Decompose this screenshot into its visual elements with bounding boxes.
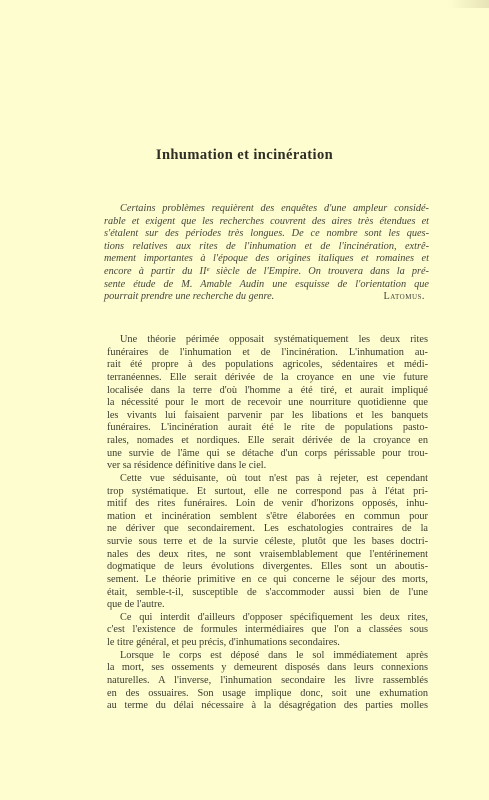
body-line: localisée dans la terre d'où l'homme a é… xyxy=(107,385,428,398)
body-line: dogmatique de leurs évolutions divergent… xyxy=(107,561,428,574)
intro-line: Certains problèmes requièrent des enquêt… xyxy=(104,203,429,216)
intro-line: sente étude de M. Amable Audin une esqui… xyxy=(104,279,429,292)
body-line: naturelles. A l'inverse, l'inhumation se… xyxy=(107,675,428,688)
intro-line: rable et exigent que les recherches couv… xyxy=(104,216,429,229)
body-line: rait été propre à des populations agrico… xyxy=(107,359,428,372)
body-line: Une théorie périmée opposait systématiqu… xyxy=(107,334,428,347)
body-line: la mort, ses ossements y demeurent dispo… xyxy=(107,662,428,675)
body-line: Ce qui interdit d'ailleurs d'opposer spé… xyxy=(107,612,428,625)
intro-line: mement importantes à l'époque des origin… xyxy=(104,253,429,266)
paragraph: Lorsque le corps est déposé dans le sol … xyxy=(107,650,428,713)
article-body: Une théorie périmée opposait systématiqu… xyxy=(107,334,428,713)
body-line: terranéennes. Elle serait dérivée de la … xyxy=(107,372,428,385)
body-line: trop systématique. Et surtout, elle ne c… xyxy=(107,486,428,499)
intro-line: encore à partir du IIᵉ siècle de l'Empir… xyxy=(104,266,429,279)
body-line: sement. Le théorie primitive en ce qui c… xyxy=(107,574,428,587)
body-line: c'est l'existence de formules intermédia… xyxy=(107,624,428,637)
body-line: mitif des rites funéraires. Loin de veni… xyxy=(107,498,428,511)
intro-line: tions relatives aux rites de l'inhumatio… xyxy=(104,241,429,254)
body-line: une survie de l'âme qui se détache d'un … xyxy=(107,448,428,461)
paragraph: Une théorie périmée opposait systématiqu… xyxy=(107,334,428,473)
intro-signature: Latomus. xyxy=(383,291,429,304)
article-title: Inhumation et incinération xyxy=(0,147,489,164)
page-edge-shadow xyxy=(449,0,489,8)
body-line: était, semble-t-il, susceptible de s'acc… xyxy=(107,587,428,600)
body-line: funéraires de l'inhumation et de l'incin… xyxy=(107,347,428,360)
intro-line: s'étalent sur des périodes très longues.… xyxy=(104,228,429,241)
editorial-introduction: Certains problèmes requièrent des enquêt… xyxy=(104,203,429,304)
intro-line: pourrait prendre une recherche du genre. xyxy=(104,291,274,304)
intro-last-line: pourrait prendre une recherche du genre.… xyxy=(104,291,429,304)
body-line: rales, nomades et nordiques. Elle serait… xyxy=(107,435,428,448)
body-line: la nécessité pour le mort de recevoir un… xyxy=(107,397,428,410)
body-line: ver sa résidence définitive dans le ciel… xyxy=(107,460,428,473)
body-line: ne dériver que secondairement. Les escha… xyxy=(107,523,428,536)
body-line: mation et incinération semblent s'être é… xyxy=(107,511,428,524)
body-line: survie sous terre et de la survie célest… xyxy=(107,536,428,549)
body-line: en des ossuaires. Son usage implique don… xyxy=(107,688,428,701)
paragraph: Ce qui interdit d'ailleurs d'opposer spé… xyxy=(107,612,428,650)
body-line: nales des deux rites, ne sont vraisembla… xyxy=(107,549,428,562)
paragraph: Cette vue séduisante, où tout n'est pas … xyxy=(107,473,428,612)
body-line: Cette vue séduisante, où tout n'est pas … xyxy=(107,473,428,486)
body-line: le titre général, et peu précis, d'inhum… xyxy=(107,637,428,650)
body-line: les vivants lui faisaient parvenir par l… xyxy=(107,410,428,423)
body-line: que de l'autre. xyxy=(107,599,428,612)
body-line: au terme du délai nécessaire à la désagr… xyxy=(107,700,428,713)
body-line: Lorsque le corps est déposé dans le sol … xyxy=(107,650,428,663)
body-line: funéraires. L'incinération aurait été le… xyxy=(107,422,428,435)
document-page: Inhumation et incinération Certains prob… xyxy=(0,0,489,800)
